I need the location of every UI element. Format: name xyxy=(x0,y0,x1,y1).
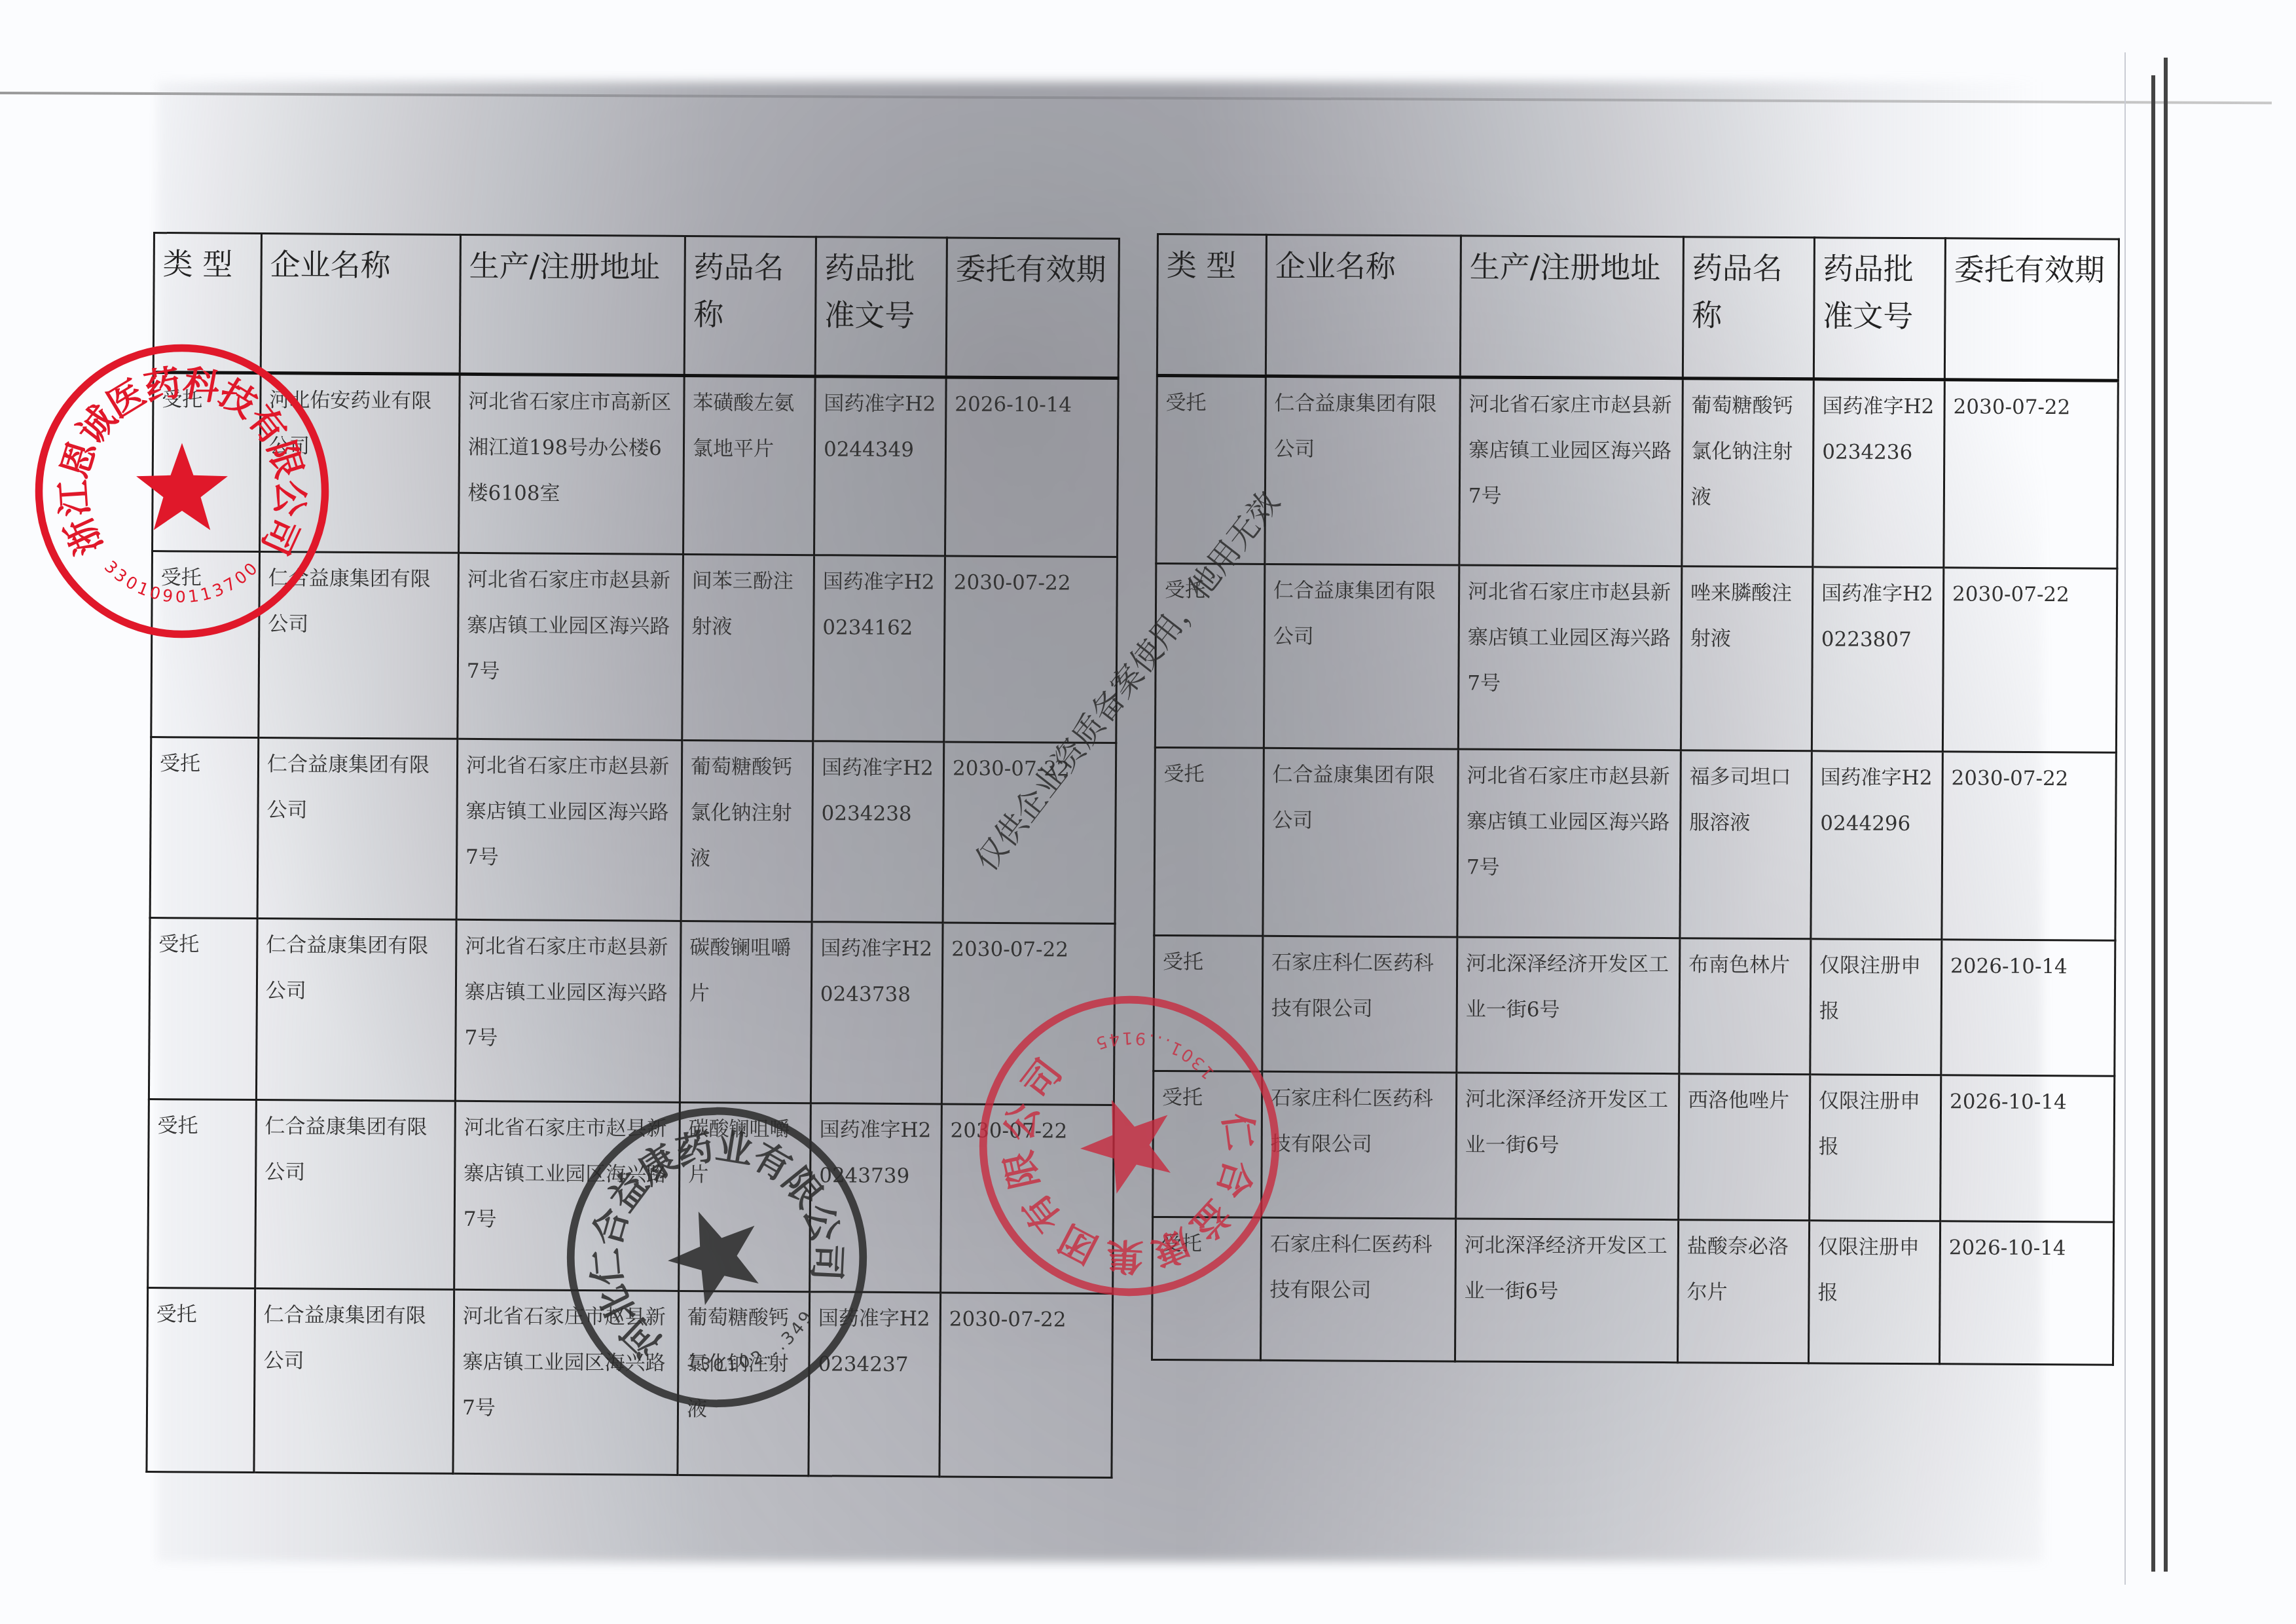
approval-number-cell: 国药准字H20244349 xyxy=(814,377,947,556)
drug-name-cell: 碳酸镧咀嚼片 xyxy=(680,921,812,1103)
validity-cell: 2026-10-14 xyxy=(1941,1075,2115,1222)
address-cell: 河北省石家庄市高新区湘江道198号办公楼6楼6108室 xyxy=(459,374,685,554)
company-cell: 石家庄科仁医药科技有限公司 xyxy=(1262,936,1457,1073)
approval-number-cell: 国药准字H20234236 xyxy=(1813,379,1945,568)
type-cell: 受托 xyxy=(1152,1217,1261,1360)
table-row: 受托仁合益康集团有限公司河北省石家庄市赵县新寨店镇工业园区海兴路7号唑来膦酸注射… xyxy=(1155,564,2117,753)
approval-number-cell: 国药准字H20243738 xyxy=(811,922,943,1104)
svg-text:医: 医 xyxy=(100,372,153,426)
company-cell: 仁合益康集团有限公司 xyxy=(1265,376,1460,565)
validity-cell: 2030-07-22 xyxy=(941,923,1115,1105)
table-header-row: 类 型企业名称生产/注册地址药品名称药品批准文号委托有效期 xyxy=(153,233,1119,378)
approval-number-cell: 国药准字H20234237 xyxy=(809,1292,941,1477)
drug-name-cell: 葡萄糖酸钙氯化钠注射液 xyxy=(681,740,813,921)
address-cell: 河北省石家庄市赵县新寨店镇工业园区海兴路7号 xyxy=(456,739,682,921)
validity-cell: 2030-07-22 xyxy=(939,1293,1113,1478)
approval-number-cell: 仅限注册申报 xyxy=(1810,1075,1941,1221)
drug-name-cell: 西洛他唑片 xyxy=(1679,1074,1810,1221)
company-cell: 仁合益康集团有限公司 xyxy=(1264,564,1459,749)
entrustment-table-right: 类 型企业名称生产/注册地址药品名称药品批准文号委托有效期受托仁合益康集团有限公… xyxy=(1151,233,2120,1366)
address-cell: 河北深泽经济开发区工业一街6号 xyxy=(1457,937,1680,1074)
type-cell: 受托 xyxy=(151,551,260,738)
approval-number-cell: 国药准字H20234162 xyxy=(813,555,945,742)
table-row: 受托仁合益康集团有限公司河北省石家庄市赵县新寨店镇工业园区海兴路7号碳酸镧咀嚼片… xyxy=(149,917,1115,1105)
type-cell: 受托 xyxy=(148,1099,257,1288)
drug-name-cell: 葡萄糖酸钙氯化钠注射液 xyxy=(678,1291,810,1475)
address-cell: 河北省石家庄市赵县新寨店镇工业园区海兴路7号 xyxy=(454,1101,680,1291)
type-cell: 受托 xyxy=(150,737,259,918)
company-cell: 河北佑安药业有限公司 xyxy=(260,373,460,553)
company-cell: 仁合益康集团有限公司 xyxy=(256,918,456,1101)
approval-number-cell: 国药准字H20223807 xyxy=(1812,567,1943,752)
drug-name-cell: 葡萄糖酸钙氯化钠注射液 xyxy=(1682,378,1814,567)
type-cell: 受托 xyxy=(153,373,261,552)
binding-rule xyxy=(2164,58,2168,1572)
column-header: 药品批准文号 xyxy=(815,237,947,377)
company-cell: 仁合益康集团有限公司 xyxy=(257,737,458,919)
column-header: 委托有效期 xyxy=(1944,238,2119,380)
type-cell: 受托 xyxy=(1154,935,1263,1071)
type-cell: 受托 xyxy=(1154,747,1264,936)
svg-text:浙: 浙 xyxy=(58,511,111,561)
address-cell: 河北省石家庄市赵县新寨店镇工业园区海兴路7号 xyxy=(1458,565,1681,750)
type-cell: 受托 xyxy=(1153,1071,1262,1217)
svg-text:诚: 诚 xyxy=(70,398,125,452)
validity-cell: 2026-10-14 xyxy=(1941,940,2115,1076)
address-cell: 河北省石家庄市赵县新寨店镇工业园区海兴路7号 xyxy=(455,919,681,1102)
company-cell: 仁合益康集团有限公司 xyxy=(259,552,459,739)
company-cell: 仁合益康集团有限公司 xyxy=(254,1288,454,1473)
column-header: 类 型 xyxy=(153,233,261,373)
company-cell: 仁合益康集团有限公司 xyxy=(1263,748,1458,937)
validity-cell: 2030-07-22 xyxy=(1942,568,2117,752)
table-row: 受托仁合益康集团有限公司河北省石家庄市赵县新寨店镇工业园区海兴路7号葡萄糖酸钙氯… xyxy=(147,1287,1113,1477)
company-cell: 石家庄科仁医药科技有限公司 xyxy=(1262,1071,1457,1219)
approval-number-cell: 国药准字H20234238 xyxy=(812,741,944,923)
type-cell: 受托 xyxy=(147,1287,255,1472)
drug-name-cell: 布南色林片 xyxy=(1679,938,1811,1075)
column-header: 企业名称 xyxy=(261,234,460,375)
table-row: 受托石家庄科仁医药科技有限公司河北深泽经济开发区工业一街6号西洛他唑片仅限注册申… xyxy=(1153,1071,2115,1222)
table-row: 受托石家庄科仁医药科技有限公司河北深泽经济开发区工业一街6号盐酸奈必洛尔片仅限注… xyxy=(1152,1217,2113,1365)
validity-cell: 2026-10-14 xyxy=(1939,1221,2113,1365)
drug-name-cell: 福多司坦口服溶液 xyxy=(1680,750,1812,939)
svg-text:恩: 恩 xyxy=(54,435,105,483)
address-cell: 河北省石家庄市赵县新寨店镇工业园区海兴路7号 xyxy=(1457,749,1681,938)
table-row: 受托仁合益康集团有限公司河北省石家庄市赵县新寨店镇工业园区海兴路7号葡萄糖酸钙氯… xyxy=(1156,376,2118,569)
table-row: 受托仁合益康集团有限公司河北省石家庄市赵县新寨店镇工业园区海兴路7号葡萄糖酸钙氯… xyxy=(150,737,1116,923)
column-header: 类 型 xyxy=(1157,234,1266,377)
address-cell: 河北深泽经济开发区工业一街6号 xyxy=(1456,1073,1679,1220)
drug-name-cell: 碳酸镧咀嚼片 xyxy=(679,1102,811,1291)
column-header: 生产/注册地址 xyxy=(1460,236,1683,378)
approval-number-cell: 仅限注册申报 xyxy=(1810,939,1942,1075)
page-rule-faint xyxy=(2124,52,2126,1585)
validity-cell: 2026-10-14 xyxy=(945,377,1118,557)
svg-text:江: 江 xyxy=(53,478,98,517)
column-header: 生产/注册地址 xyxy=(460,234,685,375)
approval-number-cell: 国药准字H20244296 xyxy=(1811,751,1943,940)
approval-number-cell: 国药准字H20243739 xyxy=(810,1103,942,1293)
column-header: 药品批准文号 xyxy=(1813,238,1945,380)
address-cell: 河北省石家庄市赵县新寨店镇工业园区海兴路7号 xyxy=(458,553,683,740)
column-header: 药品名称 xyxy=(1683,237,1814,379)
validity-cell: 2030-07-22 xyxy=(1944,380,2118,568)
table-row: 受托河北佑安药业有限公司河北省石家庄市高新区湘江道198号办公楼6楼6108室苯… xyxy=(153,373,1119,557)
table-row: 受托石家庄科仁医药科技有限公司河北深泽经济开发区工业一街6号布南色林片仅限注册申… xyxy=(1154,935,2115,1076)
approval-number-cell: 仅限注册申报 xyxy=(1808,1221,1940,1364)
table-row: 受托仁合益康集团有限公司河北省石家庄市赵县新寨店镇工业园区海兴路7号间苯三酚注射… xyxy=(151,551,1118,743)
type-cell: 受托 xyxy=(149,917,257,1099)
validity-cell: 2030-07-22 xyxy=(1942,752,2116,940)
drug-name-cell: 唑来膦酸注射液 xyxy=(1681,566,1812,751)
drug-name-cell: 间苯三酚注射液 xyxy=(682,554,814,741)
company-cell: 石家庄科仁医药科技有限公司 xyxy=(1260,1217,1455,1361)
table-header-row: 类 型企业名称生产/注册地址药品名称药品批准文号委托有效期 xyxy=(1157,234,2119,381)
table-row: 受托仁合益康集团有限公司河北省石家庄市赵县新寨店镇工业园区海兴路7号碳酸镧咀嚼片… xyxy=(148,1099,1114,1293)
drug-name-cell: 盐酸奈必洛尔片 xyxy=(1677,1220,1809,1363)
binding-rule xyxy=(2151,75,2155,1572)
column-header: 委托有效期 xyxy=(946,238,1119,378)
address-cell: 河北深泽经济开发区工业一街6号 xyxy=(1455,1219,1678,1363)
validity-cell: 2030-07-22 xyxy=(941,1104,1114,1294)
drug-name-cell: 苯磺酸左氨氯地平片 xyxy=(683,375,816,555)
column-header: 药品名称 xyxy=(684,236,816,376)
company-cell: 仁合益康集团有限公司 xyxy=(255,1099,456,1289)
column-header: 企业名称 xyxy=(1266,234,1461,377)
address-cell: 河北省石家庄市赵县新寨店镇工业园区海兴路7号 xyxy=(1459,377,1683,566)
table-row: 受托仁合益康集团有限公司河北省石家庄市赵县新寨店镇工业园区海兴路7号福多司坦口服… xyxy=(1154,747,2116,940)
address-cell: 河北省石家庄市赵县新寨店镇工业园区海兴路7号 xyxy=(453,1289,679,1475)
